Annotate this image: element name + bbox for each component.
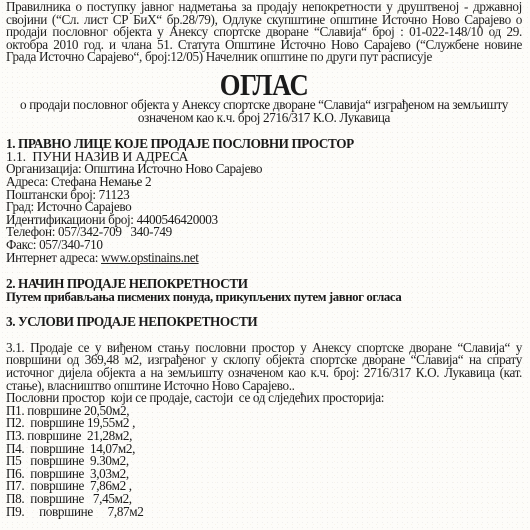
intro-paragraph: Правилника о поступку јавног надметања з… — [6, 1, 522, 64]
document-title: ОГЛАС — [42, 71, 486, 99]
rooms-list: П1. површине 20,50м2, П2. површине 19,55… — [6, 405, 522, 518]
room-item: П9. површине 7,87м2 — [6, 506, 522, 519]
web-link[interactable]: www.opstinains.net — [101, 250, 199, 265]
section-3-1-paragraph: 3.1. Продаје се у виђеном стању пословни… — [6, 342, 522, 392]
web-label: Интернет адреса: — [6, 250, 101, 265]
subtitle-line-2: означеном као к.ч. број 2716/317 К.О. Лу… — [6, 112, 522, 125]
web-line: Интернет адреса: www.opstinains.net — [6, 252, 522, 265]
section-3-heading: 3. УСЛОВИ ПРОДАЈЕ НЕПОКРЕТНОСТИ — [6, 316, 522, 329]
section-2-text: Путем прибављања писмених понуда, прикуп… — [6, 291, 522, 304]
announcement-page: Правилника о поступку јавног надметања з… — [6, 0, 522, 518]
section-2-heading: 2. НАЧИН ПРОДАЈЕ НЕПОКРЕТНОСТИ — [6, 278, 522, 291]
